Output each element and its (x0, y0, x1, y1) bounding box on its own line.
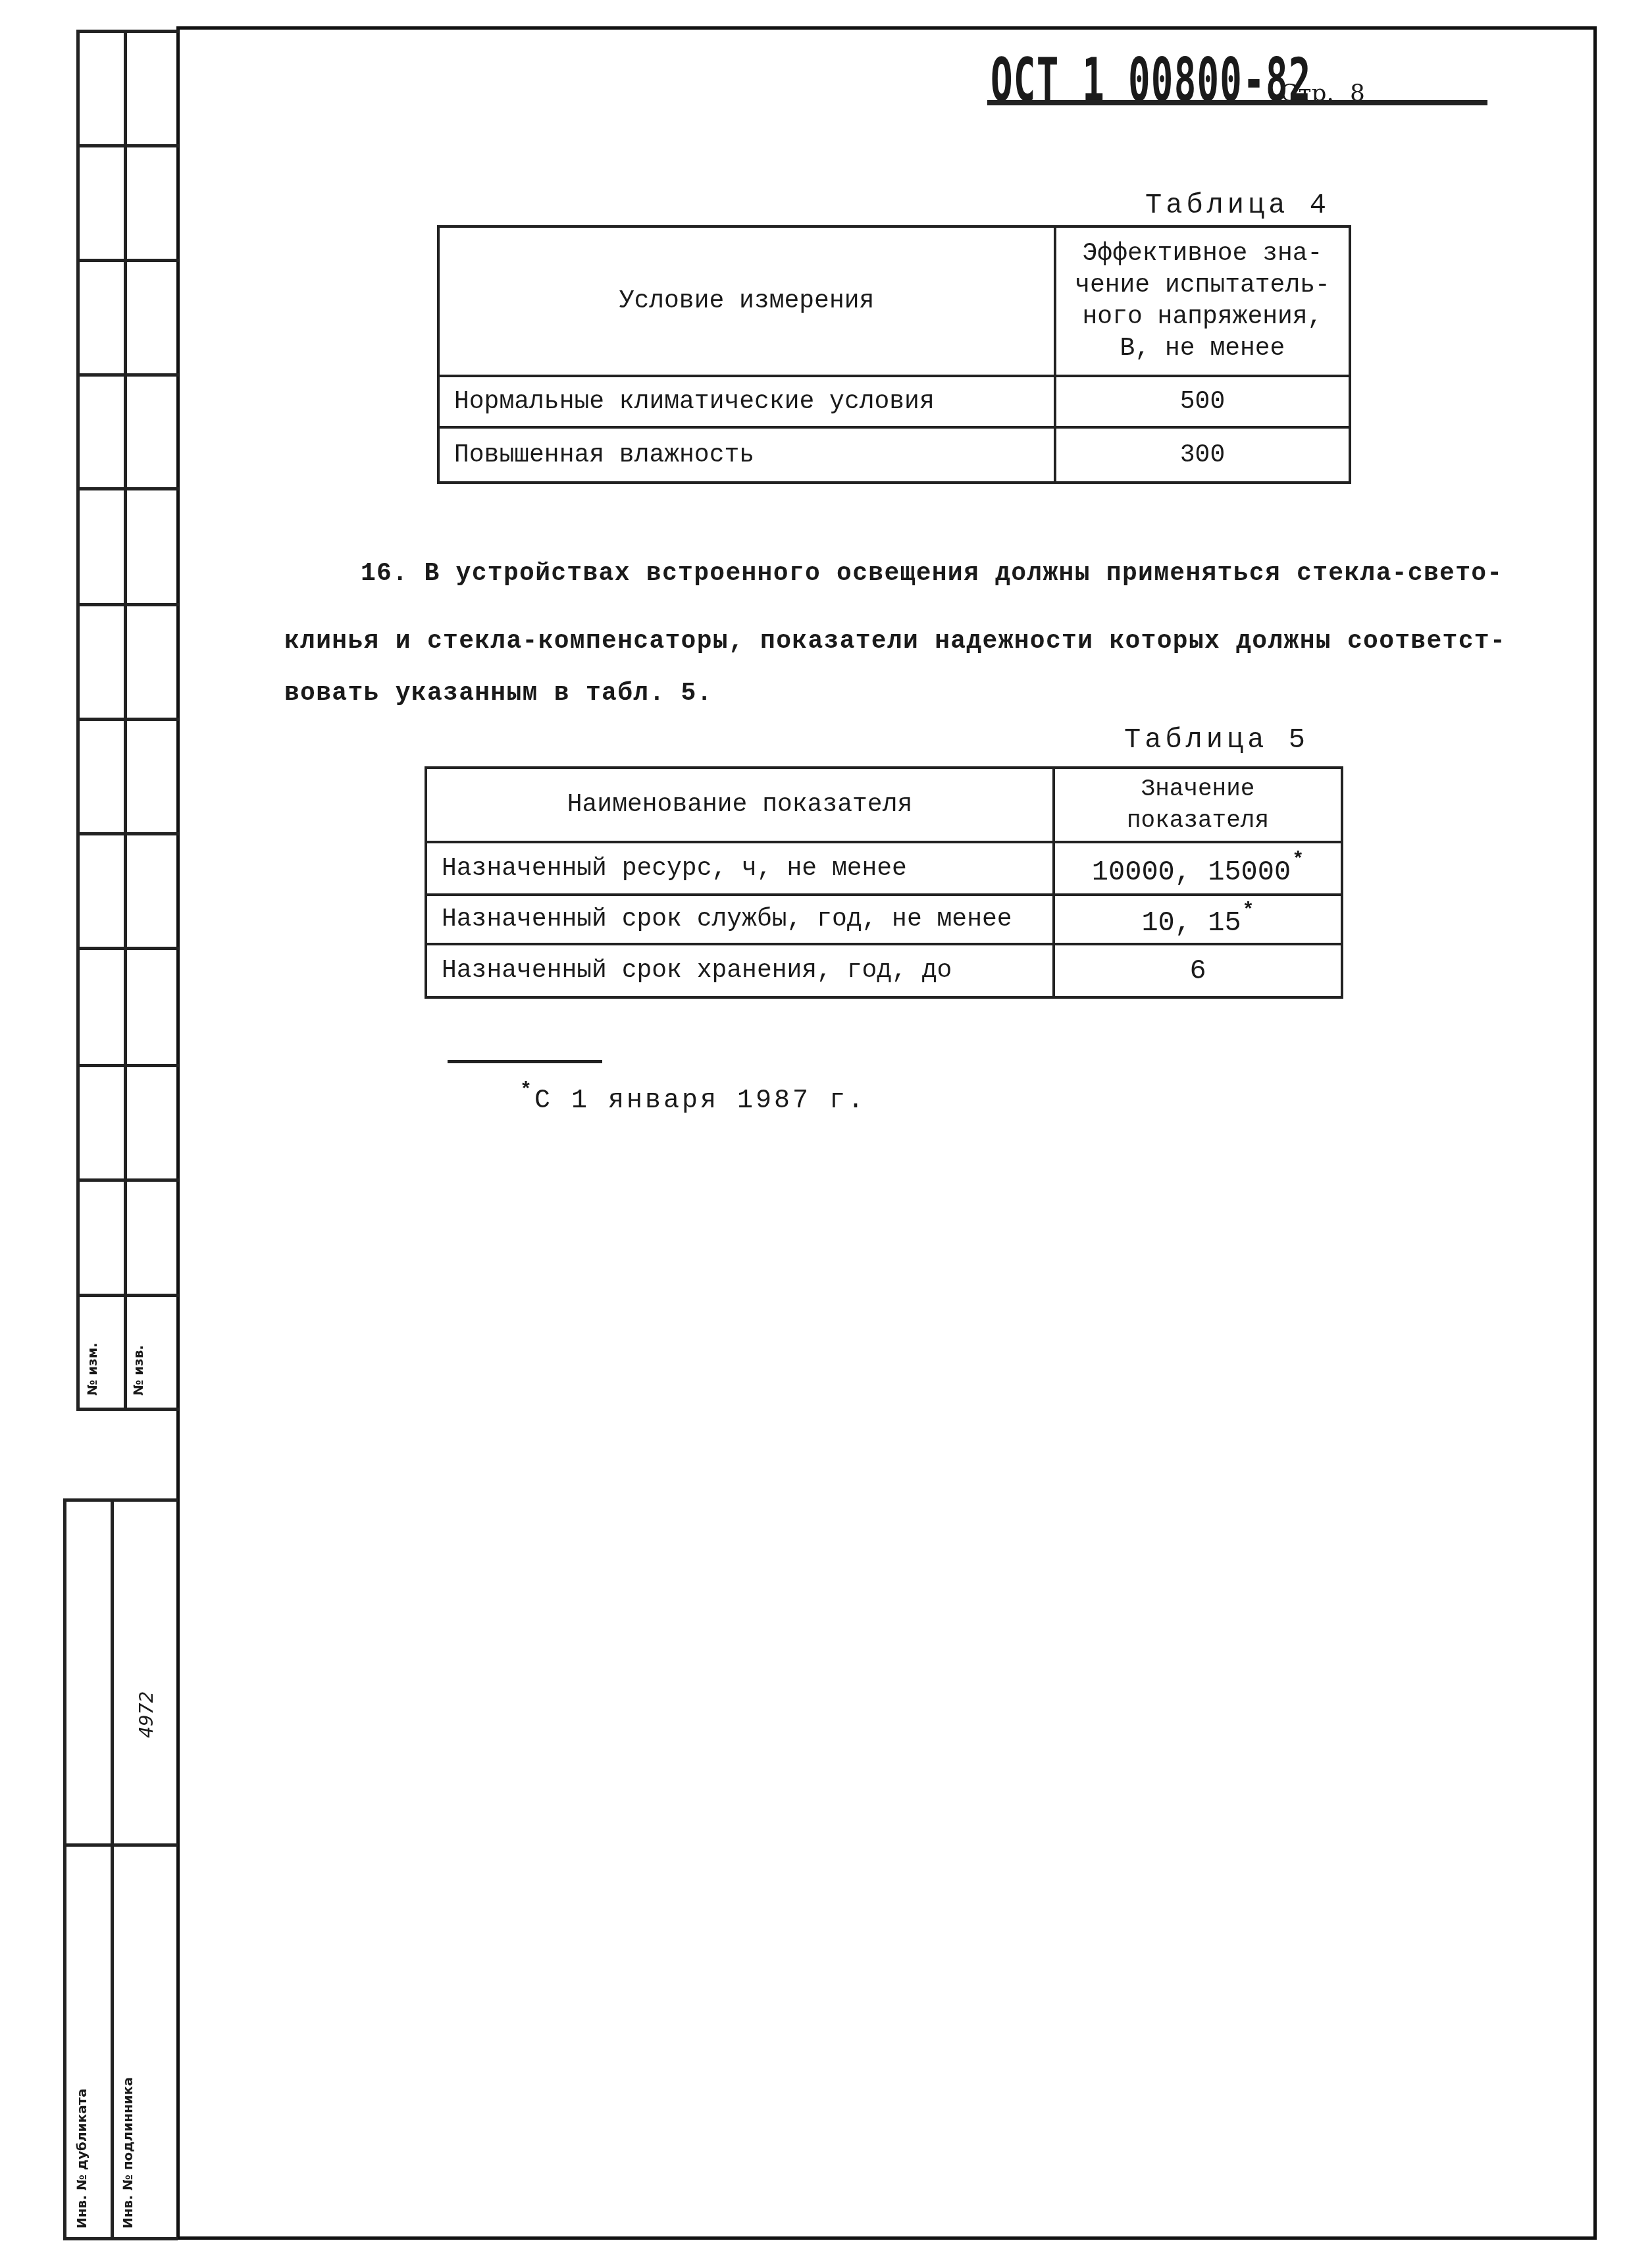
table4: Условие измерения Эффективное зна- чение… (437, 225, 1351, 484)
table4-header-value: Эффективное зна- чение испытатель- ного … (1055, 226, 1350, 376)
table4-cell-value: 300 (1055, 427, 1350, 483)
footnote-mark: * (1243, 900, 1254, 922)
table4-cell-condition: Нормальные климатические условия (438, 376, 1055, 427)
margin-grid-line (76, 1178, 179, 1182)
table5-header-value: Значение показателя (1054, 768, 1342, 842)
stamp-line (63, 1843, 178, 1847)
table-row: Назначенный срок службы, год, не менее 1… (426, 895, 1342, 944)
paragraph-line: клинья и стекла-компенсаторы, показатели… (284, 627, 1506, 656)
value-text: 10000, 15000 (1092, 857, 1291, 888)
table5-cell-value: 6 (1054, 944, 1342, 997)
margin-grid-line (76, 947, 179, 950)
margin-grid-line (76, 487, 179, 490)
table4-cell-condition: Повышенная влажность (438, 427, 1055, 483)
footnote: *С 1 января 1987 г. (520, 1080, 866, 1116)
table5-cell-name: Назначенный срок службы, год, не менее (426, 895, 1054, 944)
notice-no-label: № изв. (130, 1345, 146, 1396)
stamp-line (63, 1498, 178, 1502)
table5-caption: Таблица 5 (1124, 724, 1309, 756)
paragraph-line: 16. В устройствах встроенного освещения … (361, 560, 1503, 588)
table-row: Повышенная влажность 300 (438, 427, 1350, 483)
stamp-line (111, 1498, 114, 2240)
margin-grid-line (76, 832, 179, 835)
table-row: Назначенный срок хранения, год, до 6 (426, 944, 1342, 997)
footnote-mark: * (1292, 849, 1304, 872)
footnote-rule (448, 1060, 602, 1063)
header-rule (987, 100, 1487, 105)
table5-cell-value: 10, 15* (1054, 895, 1342, 944)
margin-grid-line (76, 144, 179, 147)
inv-original-label: Инв. № подлинника (120, 2077, 136, 2229)
stamp-line (63, 2237, 178, 2240)
table-row: Нормальные климатические условия 500 (438, 376, 1350, 427)
margin-grid-line (76, 373, 179, 377)
table4-header-row: Условие измерения Эффективное зна- чение… (438, 226, 1350, 376)
change-no-label: № изм. (84, 1342, 100, 1396)
margin-grid-line (76, 259, 179, 262)
table4-header-condition: Условие измерения (438, 226, 1055, 376)
margin-grid-line (76, 1064, 179, 1067)
table4-caption: Таблица 4 (1145, 190, 1330, 221)
table-row: Назначенный ресурс, ч, не менее 10000, 1… (426, 842, 1342, 895)
margin-grid-line (76, 1408, 179, 1411)
footnote-mark: * (520, 1080, 534, 1102)
table5-cell-value: 10000, 15000* (1054, 842, 1342, 895)
margin-grid-line (76, 30, 179, 33)
paragraph-line: вовать указанным в табл. 5. (284, 679, 713, 708)
table5-cell-name: Назначенный срок хранения, год, до (426, 944, 1054, 997)
stamp-line (63, 1498, 66, 2240)
footnote-text: С 1 января 1987 г. (534, 1086, 866, 1116)
table5: Наименование показателя Значение показат… (425, 766, 1343, 999)
inv-original-number: 4972 (136, 1691, 157, 1738)
value-text: 10, 15 (1141, 907, 1241, 939)
table5-header-row: Наименование показателя Значение показат… (426, 768, 1342, 842)
inv-duplicate-label: Инв. № дубликата (74, 2088, 90, 2229)
margin-grid-line (76, 603, 179, 606)
table5-header-name: Наименование показателя (426, 768, 1054, 842)
margin-grid-line (76, 1294, 179, 1297)
table4-cell-value: 500 (1055, 376, 1350, 427)
margin-grid-line (76, 718, 179, 721)
table5-cell-name: Назначенный ресурс, ч, не менее (426, 842, 1054, 895)
